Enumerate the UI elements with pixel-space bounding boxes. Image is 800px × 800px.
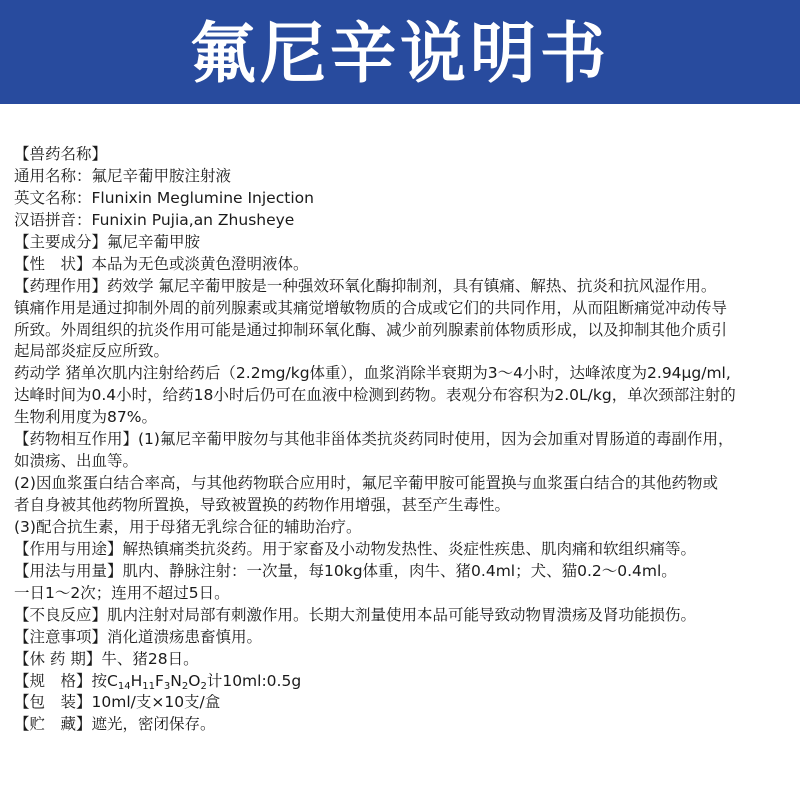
pharmacokinetics-line-3: 生物利用度为87%。 — [14, 407, 786, 429]
formula-n: N — [170, 672, 182, 690]
formula-o: O — [188, 672, 200, 690]
formula-c-sub: 14 — [118, 681, 131, 692]
packaging: 【包 装】10ml/支×10支/盒 — [14, 692, 786, 714]
precautions: 【注意事项】消化道溃疡患畜慎用。 — [14, 627, 786, 649]
formula-c: C — [107, 672, 118, 690]
withdrawal-period: 【休 药 期】牛、猪28日。 — [14, 649, 786, 671]
formula-f: F — [155, 672, 164, 690]
main-ingredient: 【主要成分】氟尼辛葡甲胺 — [14, 232, 786, 254]
instruction-body: 【兽药名称】 通用名称：氟尼辛葡甲胺注射液 英文名称：Flunixin Megl… — [14, 144, 786, 736]
pharmacology-line-1: 【药理作用】药效学 氟尼辛葡甲胺是一种强效环氧化酶抑制剂，具有镇痛、解热、抗炎和… — [14, 276, 786, 298]
interactions-line-1: 【药物相互作用】(1)氟尼辛葡甲胺勿与其他非甾体类抗炎药同时使用，因为会加重对胃… — [14, 429, 786, 451]
english-name: 英文名称：Flunixin Meglumine Injection — [14, 188, 786, 210]
interactions-line-3: (2)因血浆蛋白结合率高，与其他药物联合应用时，氟尼辛葡甲胺可能置换与血浆蛋白结… — [14, 473, 786, 495]
pharmacology-line-2: 镇痛作用是通过抑制外周的前列腺素或其痛觉增敏物质的合成或它们的共同作用，从而阻断… — [14, 298, 786, 320]
pharmacology-line-3: 所致。外周组织的抗炎作用可能是通过抑制环氧化酶、减少前列腺素前体物质形成，以及抑… — [14, 320, 786, 342]
specification-suffix: 计10ml:0.5g — [207, 672, 301, 690]
specification-label: 【规 格】按 — [14, 672, 107, 690]
section-heading-vet-drug-name: 【兽药名称】 — [14, 144, 786, 166]
dosage-line-2: 一日1～2次；连用不超过5日。 — [14, 583, 786, 605]
pinyin-name: 汉语拼音：Funixin Pujia,an Zhusheye — [14, 210, 786, 232]
storage: 【贮 藏】遮光，密闭保存。 — [14, 714, 786, 736]
generic-name: 通用名称：氟尼辛葡甲胺注射液 — [14, 166, 786, 188]
interactions-line-5: (3)配合抗生素，用于母猪无乳综合征的辅助治疗。 — [14, 517, 786, 539]
pharmacology-line-4: 起局部炎症反应所致。 — [14, 341, 786, 363]
formula-h: H — [131, 672, 143, 690]
dosage-line-1: 【用法与用量】肌内、静脉注射：一次量，每10kg体重，肉牛、猪0.4ml；犬、猫… — [14, 561, 786, 583]
pharmacokinetics-line-2: 达峰时间为0.4小时，给药18小时后仍可在血液中检测到药物。表观分布容积为2.0… — [14, 385, 786, 407]
indications: 【作用与用途】解热镇痛类抗炎药。用于家畜及小动物发热性、炎症性疾患、肌肉痛和软组… — [14, 539, 786, 561]
specification: 【规 格】按C14H11F3N2O2计10ml:0.5g — [14, 671, 786, 693]
interactions-line-4: 者自身被其他药物所置换，导致被置换的药物作用增强，甚至产生毒性。 — [14, 495, 786, 517]
appearance: 【性 状】本品为无色或淡黄色澄明液体。 — [14, 254, 786, 276]
formula-h-sub: 11 — [142, 681, 155, 692]
pharmacokinetics-line-1: 药动学 猪单次肌内注射给药后（2.2mg/kg体重），血浆消除半衰期为3～4小时… — [14, 363, 786, 385]
title-banner: 氟尼辛说明书 — [0, 0, 800, 104]
page-title: 氟尼辛说明书 — [190, 21, 610, 87]
adverse-reactions: 【不良反应】肌内注射对局部有刺激作用。长期大剂量使用本品可能导致动物胃溃疡及肾功… — [14, 605, 786, 627]
interactions-line-2: 如溃疡、出血等。 — [14, 451, 786, 473]
